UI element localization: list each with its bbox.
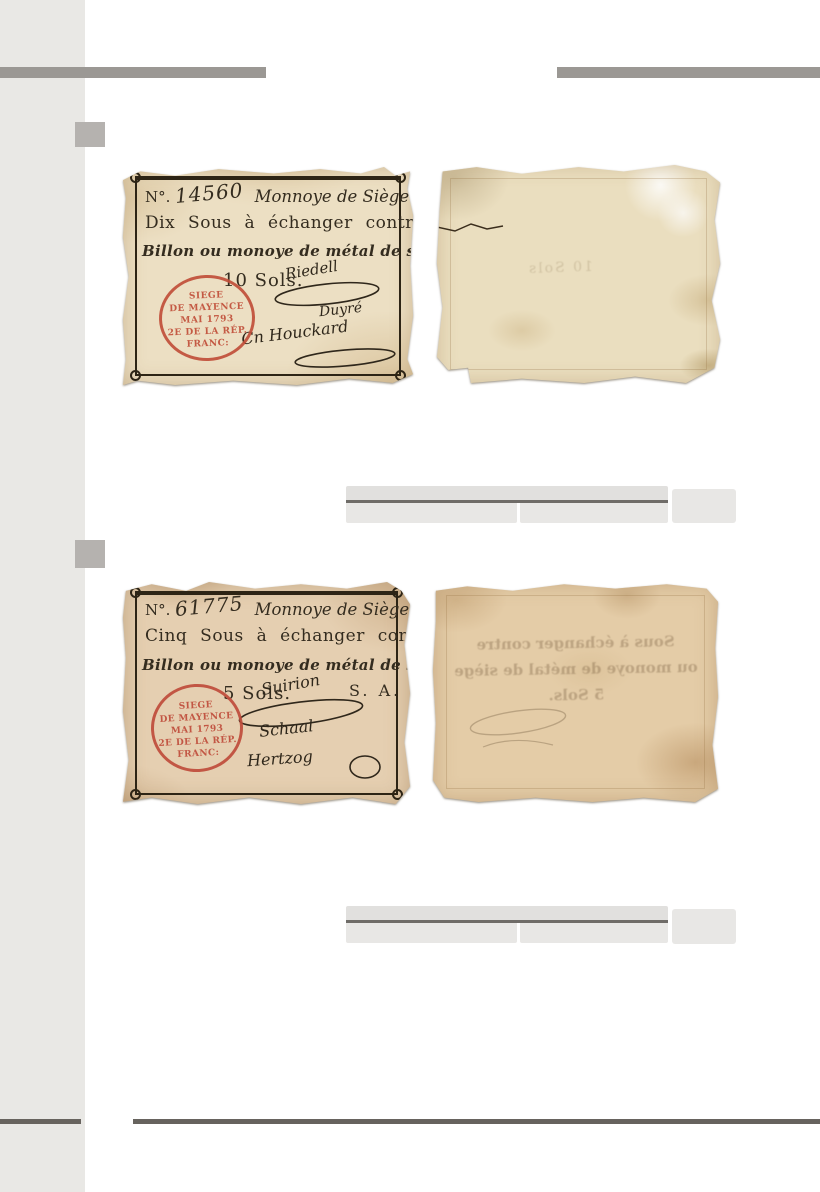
footer-rule-left (0, 1119, 81, 1124)
show-through-signature (463, 702, 573, 762)
lot-detail-cell (520, 923, 668, 943)
lot-detail-cell (346, 503, 517, 523)
estimate-box-placeholder (672, 489, 736, 523)
signature-flourish (347, 752, 383, 782)
header-rule-left (0, 67, 266, 78)
show-through-line: ou monoye de métal de siège (451, 654, 701, 684)
banknote-5sols-back: Sous à échanger contre ou monoye de méta… (433, 582, 718, 802)
serial-label: N°. (145, 188, 170, 206)
show-through-text: 10 Sols (527, 259, 593, 277)
banknote-10sols-back: 10 Sols (437, 165, 720, 383)
lot-detail-cell (346, 923, 517, 943)
signature-flourish (289, 345, 401, 371)
footer-rule-right (133, 1119, 820, 1124)
serial-number: 61775 (174, 591, 244, 621)
banknote-10sols-front: N°. 14560 Monnoye de Siège Dix Sous à éc… (123, 167, 413, 385)
signature: Cn Houckard (240, 317, 349, 349)
note-text-line: Billon ou monoye de métal de siège. (142, 242, 457, 260)
lot-detail-cell (520, 503, 668, 523)
header-rule-right (557, 67, 820, 78)
estimate-box-placeholder (672, 909, 736, 944)
note-text-line: Billon ou monoye de métal de siège. (142, 656, 457, 674)
banknote-text: N°. 14560 Monnoye de Siège Dix Sous à éc… (123, 167, 413, 385)
page-margin-strip (0, 0, 85, 1192)
show-through-text: Sous à échanger contre ou monoye de méta… (450, 628, 701, 710)
paper-crack (437, 217, 507, 237)
note-title: Monnoye de Siège (255, 187, 410, 206)
banknote-paper: 10 Sols (437, 165, 720, 383)
banknote-text: N°. 61775 Monnoye de Siège Cinq Sous à é… (123, 582, 410, 804)
lot-description-placeholder (346, 486, 668, 500)
note-text-line: Dix Sous à échanger contre (145, 213, 424, 233)
lot-description-placeholder (346, 906, 668, 920)
serial-label: N°. (145, 601, 170, 619)
note-text-line: Cinq Sous à échanger contre (145, 626, 437, 646)
banknote-paper: N°. 14560 Monnoye de Siège Dix Sous à éc… (123, 167, 413, 385)
banknote-5sols-front: N°. 61775 Monnoye de Siège Cinq Sous à é… (123, 582, 410, 804)
section-marker-2 (75, 540, 105, 568)
section-marker-1 (75, 122, 105, 147)
signature-flourish (235, 696, 367, 730)
serial-number: 14560 (174, 178, 244, 208)
note-title: Monnoye de Siège (255, 600, 410, 619)
signature-flourish (271, 279, 383, 309)
signature: Hertzog (246, 747, 313, 771)
banknote-paper: N°. 61775 Monnoye de Siège Cinq Sous à é… (123, 582, 410, 804)
catalog-page: N°. 14560 Monnoye de Siège Dix Sous à éc… (0, 0, 820, 1192)
banknote-paper: Sous à échanger contre ou monoye de méta… (433, 582, 718, 802)
